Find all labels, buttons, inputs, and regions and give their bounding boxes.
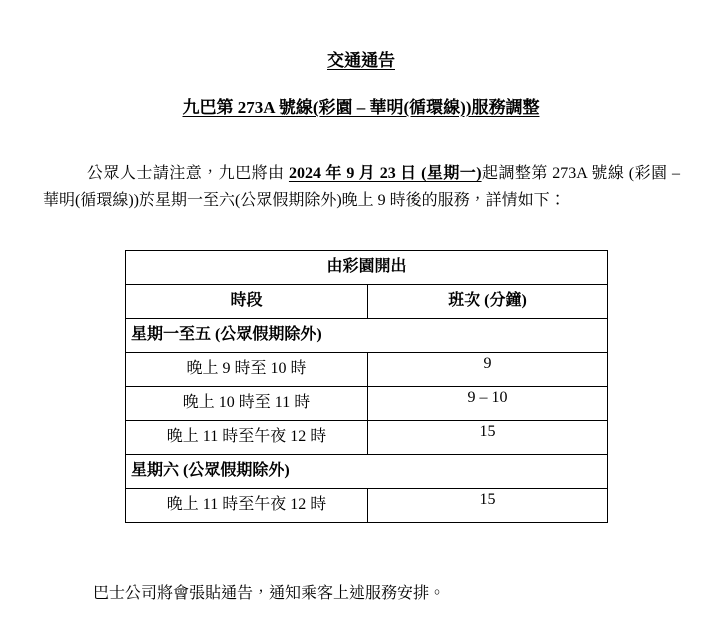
table-row: 晚上 10 時至 11 時 9 – 10 <box>126 387 608 421</box>
intro-paragraph: 公眾人士請注意，九巴將由 2024 年 9 月 23 日 (星期一)起調整第 2… <box>43 118 680 214</box>
section-header-row: 星期六 (公眾假期除外) <box>126 455 608 489</box>
column-header-frequency: 班次 (分鐘) <box>368 285 608 319</box>
intro-before-date: 公眾人士請注意，九巴將由 <box>87 165 289 182</box>
period-cell: 晚上 11 時至午夜 12 時 <box>126 421 368 455</box>
notice-subtitle: 九巴第 273A 號線(彩園 – 華明(循環線))服務調整 <box>0 71 722 118</box>
period-cell: 晚上 9 時至 10 時 <box>126 353 368 387</box>
section-heading-saturday: 星期六 (公眾假期除外) <box>126 455 608 489</box>
section-heading-weekdays: 星期一至五 (公眾假期除外) <box>126 319 608 353</box>
table-header-row: 時段 班次 (分鐘) <box>126 285 608 319</box>
period-cell: 晚上 11 時至午夜 12 時 <box>126 489 368 523</box>
section-header-row: 星期一至五 (公眾假期除外) <box>126 319 608 353</box>
notice-document: 交通通告 九巴第 273A 號線(彩園 – 華明(循環線))服務調整 公眾人士請… <box>0 0 722 632</box>
table-row: 晚上 9 時至 10 時 9 <box>126 353 608 387</box>
column-header-period: 時段 <box>126 285 368 319</box>
table-row: 晚上 11 時至午夜 12 時 15 <box>126 489 608 523</box>
frequency-cell: 9 – 10 <box>368 387 608 421</box>
table-row: 晚上 11 時至午夜 12 時 15 <box>126 421 608 455</box>
period-cell: 晚上 10 時至 11 時 <box>126 387 368 421</box>
notice-title-text: 交通通告 <box>327 51 395 70</box>
effective-date: 2024 年 9 月 23 日 (星期一) <box>289 165 482 182</box>
schedule-table: 由彩園開出 時段 班次 (分鐘) 星期一至五 (公眾假期除外) 晚上 9 時至 … <box>125 250 608 523</box>
table-caption: 由彩園開出 <box>126 251 608 285</box>
frequency-cell: 15 <box>368 421 608 455</box>
frequency-cell: 15 <box>368 489 608 523</box>
notice-subtitle-text: 九巴第 273A 號線(彩園 – 華明(循環線))服務調整 <box>183 98 540 117</box>
frequency-cell: 9 <box>368 353 608 387</box>
notice-title: 交通通告 <box>0 0 722 71</box>
table-caption-row: 由彩園開出 <box>126 251 608 285</box>
closing-paragraph: 巴士公司將會張貼通告，通知乘客上述服務安排。 <box>43 523 680 607</box>
